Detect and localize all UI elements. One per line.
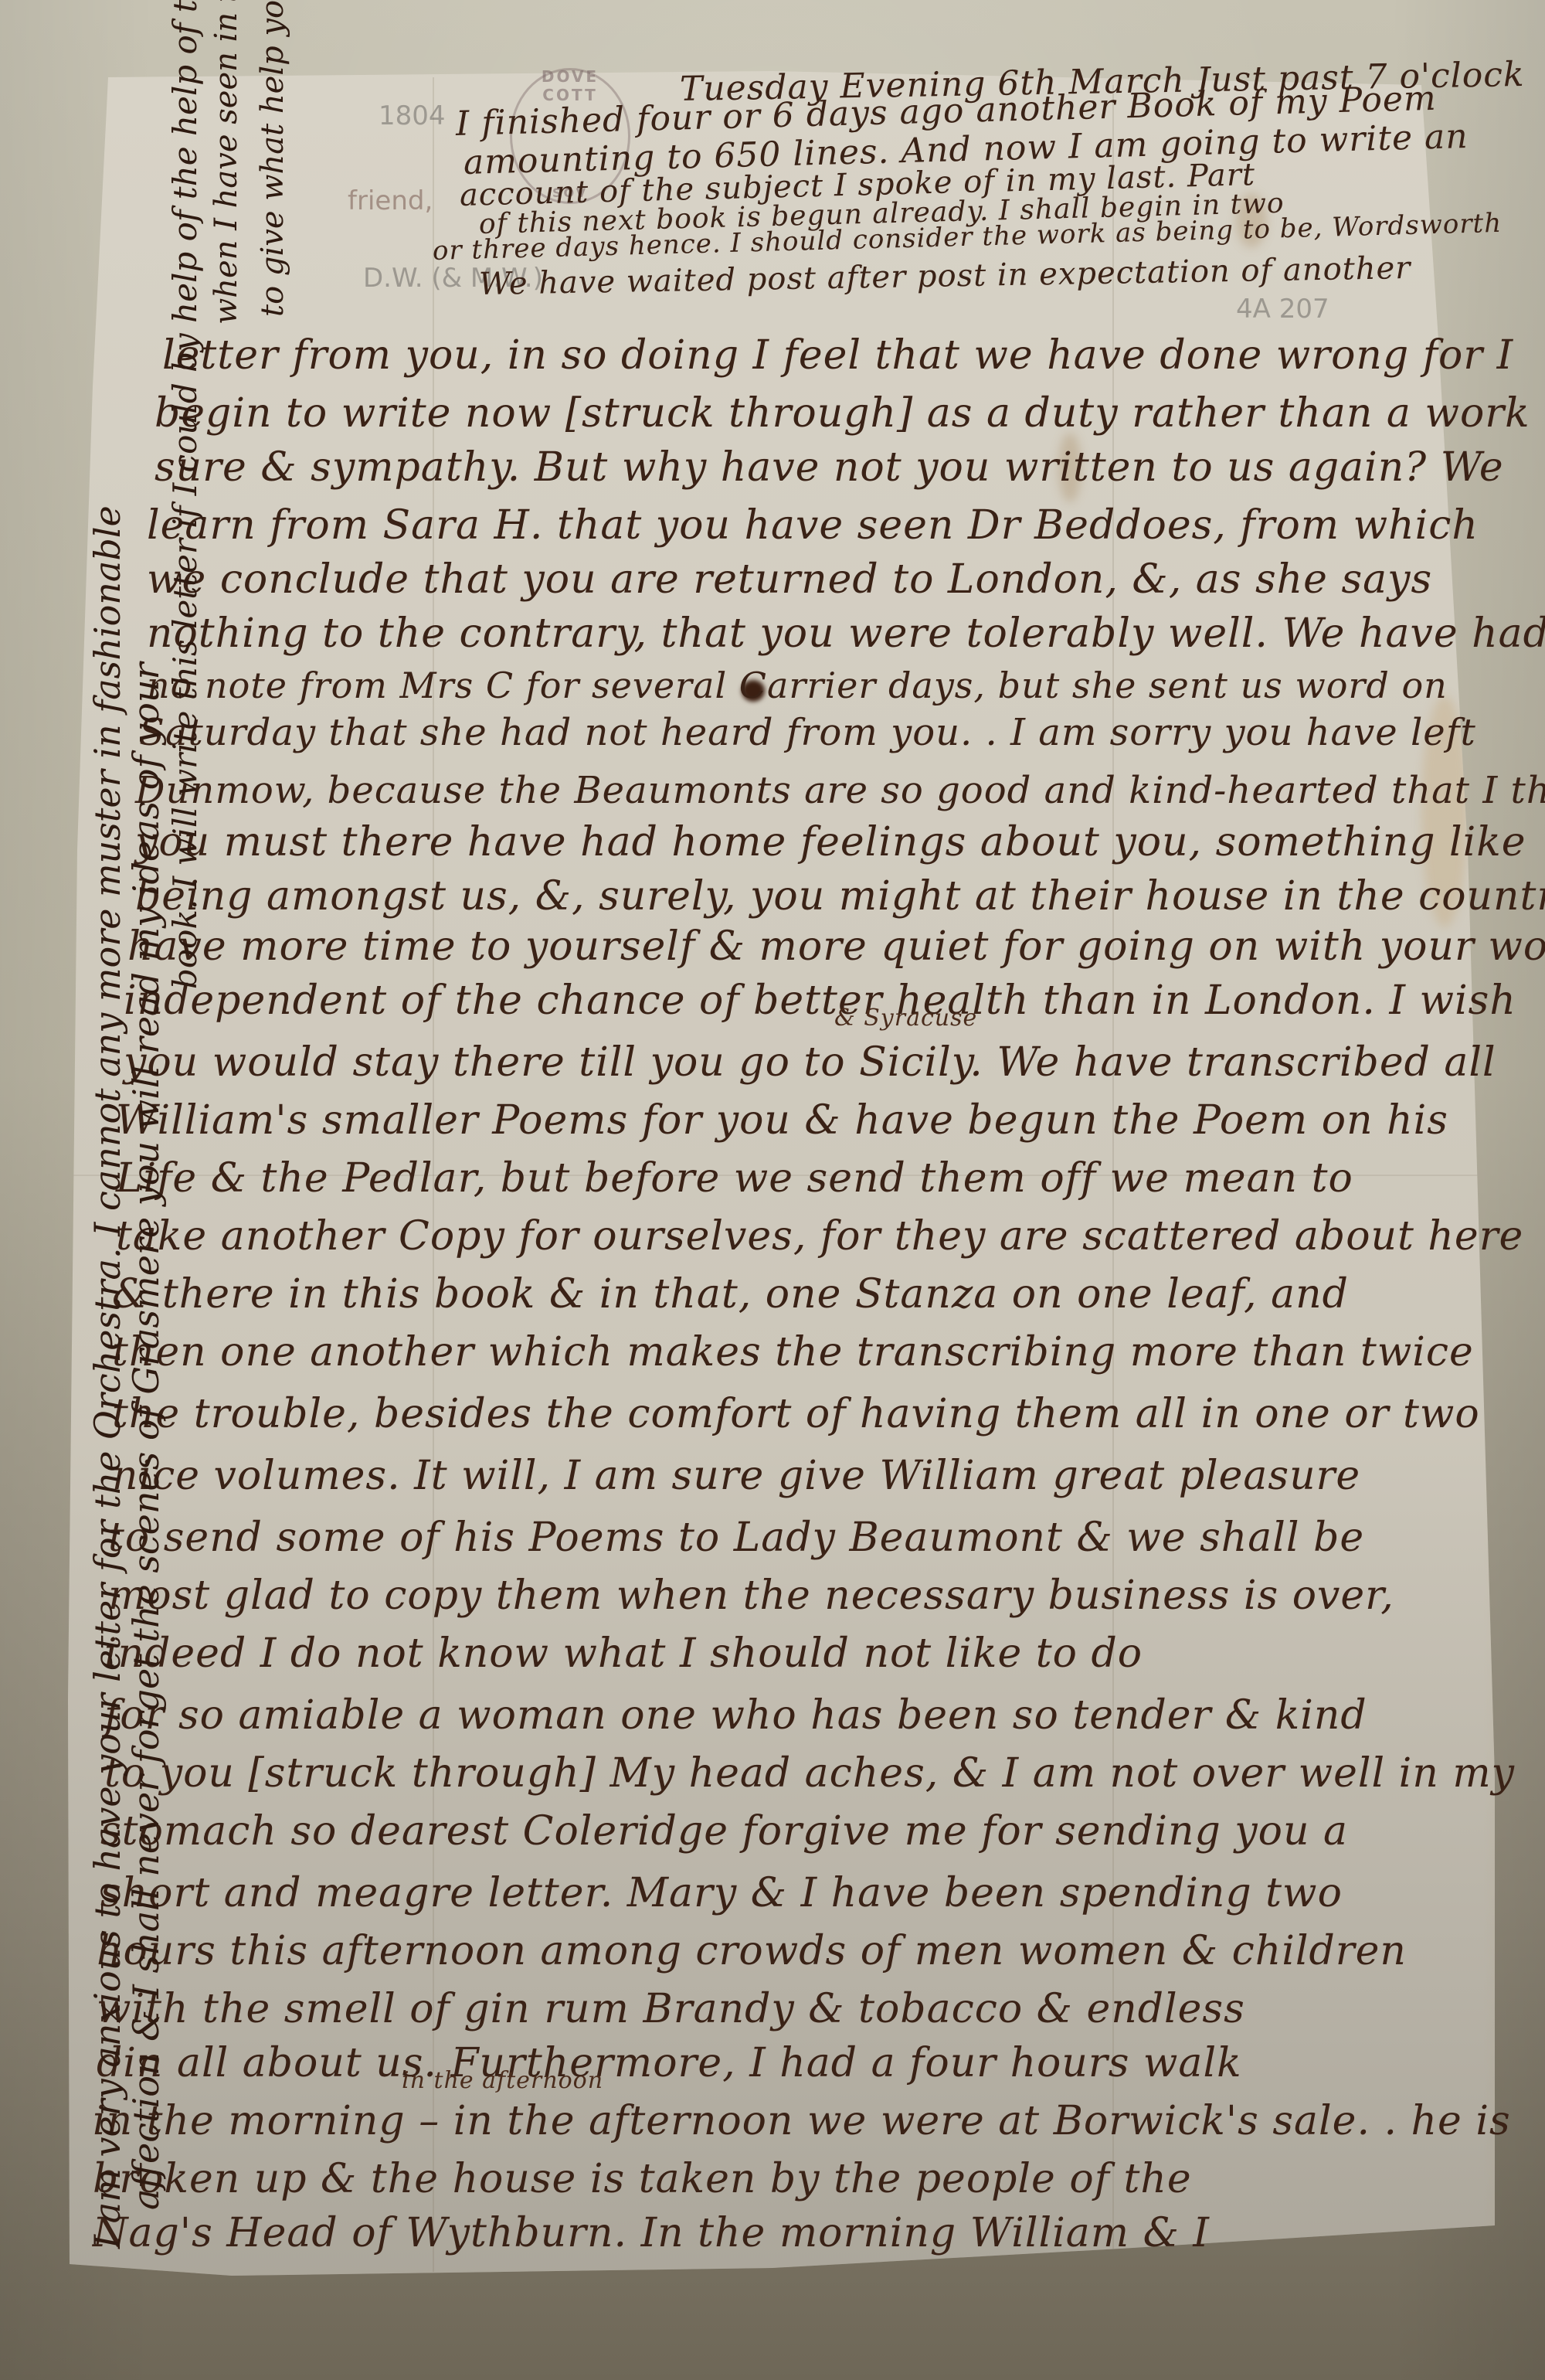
body-line: stomach so dearest Coleridge forgive me …	[100, 1808, 1348, 1855]
body-line: begin to write now [struck through] as a…	[154, 390, 1545, 437]
body-line: in the morning – in the afternoon we wer…	[93, 2098, 1511, 2144]
body-line: broken up & the house is taken by the pe…	[93, 2156, 1192, 2202]
body-line: for so amiable a woman one who has been …	[104, 1692, 1367, 1739]
body-line: & there in this book & in that, one Stan…	[112, 1271, 1349, 1317]
body-line: to send some of his Poems to Lady Beaumo…	[108, 1515, 1364, 1561]
margin-crosswriting: to give what help you require in this.	[255, 0, 290, 317]
body-line: most glad to copy them when the necessar…	[108, 1572, 1394, 1619]
body-line: to you [struck through] My head aches, &…	[104, 1750, 1515, 1797]
body-line: learn from Sara H. that you have seen Dr…	[147, 502, 1479, 549]
body-line: we conclude that you are returned to Lon…	[147, 556, 1432, 603]
body-line: Nag's Head of Wythburn. In the morning W…	[93, 2210, 1210, 2256]
body-line: letter from you, in so doing I feel that…	[162, 332, 1513, 379]
body-line: being amongst us, &, surely, you might a…	[135, 873, 1545, 920]
body-line: nothing to the contrary, that you were t…	[147, 610, 1545, 657]
stamp-top-text: DOVE COTT	[512, 67, 628, 104]
body-line: have more time to yourself & more quiet …	[127, 923, 1545, 970]
pencil-year: 1804	[379, 100, 446, 131]
body-line: William's smaller Poems for you & have b…	[116, 1097, 1448, 1144]
faint-salutation: friend,	[348, 185, 433, 216]
margin-crosswriting: when I have seen in this country the hil…	[209, 0, 244, 325]
body-line: short and meagre letter. Mary & I have b…	[100, 1870, 1343, 1916]
body-line: you must there have had home feelings ab…	[135, 819, 1526, 865]
body-line: din all about us. Furthermore, I had a f…	[97, 2040, 1242, 2086]
body-line: then one another which makes the transcr…	[112, 1329, 1474, 1375]
body-line: indeed I do not know what I should not l…	[104, 1630, 1143, 1677]
body-line: Saturday that she had not heard from you…	[139, 711, 1476, 754]
pencil-catalogue-number: 4A 207	[1236, 294, 1329, 325]
body-line: Dunmow, because the Beaumonts are so goo…	[135, 769, 1545, 812]
interlinear-insert: in the afternoon	[402, 2067, 603, 2094]
margin-crosswriting: affection & I shall never forget the sce…	[125, 663, 167, 2210]
margin-crosswriting: book. I will write this letter if I coul…	[166, 0, 204, 989]
interlinear-insert: & Syracuse	[834, 1005, 977, 1032]
margin-crosswriting: I am very anxious to have your letter fo…	[87, 505, 128, 2249]
body-line: independent of the chance of better heal…	[124, 977, 1516, 1024]
body-line: you would stay there till you go to Sici…	[124, 1039, 1496, 1086]
body-line: Life & the Pedlar, but before we send th…	[116, 1155, 1353, 1202]
body-line: sure & sympathy. But why have not you wr…	[154, 444, 1504, 491]
body-line: hours this afternoon among crowds of men…	[97, 1928, 1407, 1974]
body-line: no note from Mrs C for several Carrier d…	[147, 665, 1448, 706]
body-line: take another Copy for ourselves, for the…	[116, 1213, 1523, 1260]
body-line: nice volumes. It will, I am sure give Wi…	[112, 1453, 1360, 1499]
body-line: the trouble, besides the comfort of havi…	[112, 1391, 1480, 1437]
body-line: with the smell of gin rum Brandy & tobac…	[97, 1986, 1245, 2032]
